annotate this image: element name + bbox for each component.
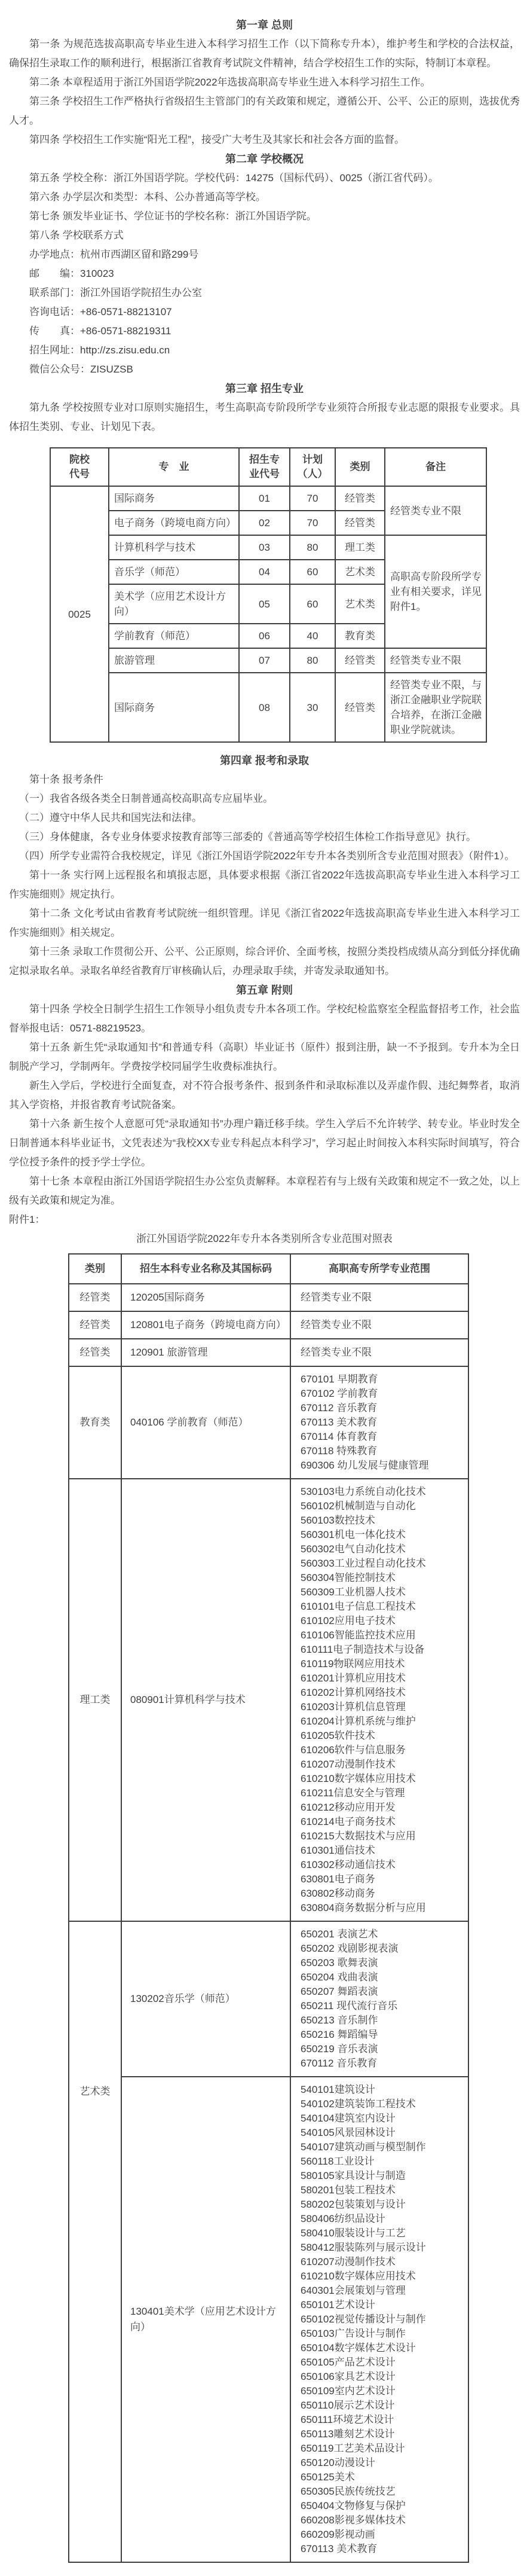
major-cell: 国际商务 (109, 673, 239, 742)
table-row: 教育类 040106 学前教育（师范） 670101 早期教育 670102 学… (69, 1366, 468, 1479)
major-code-cell: 06 (239, 624, 290, 648)
table-row: 0025 国际商务 01 70 经管类 经管类专业不限 (50, 486, 486, 511)
table-row: 经管类 120801电子商务（跨境电商方向） 经管类专业不限 (69, 1311, 468, 1339)
table-row: 旅游管理 07 80 经管类 经管类专业不限 (50, 648, 486, 673)
article-1: 第一条 为规范选拔高职高专毕业生进入本科学习招生工作（以下简称专升本），维护考生… (9, 35, 520, 73)
major-cell: 音乐学（师范） (109, 560, 239, 584)
category-cell: 理工类 (69, 1479, 121, 1921)
article-5: 第五条 学校全称：浙江外国语学院。学校代码：14275（国标代码）、0025（浙… (9, 169, 520, 188)
college-code-cell: 0025 (50, 486, 109, 742)
table-header-row: 院校 代号 专 业 招生专 业代号 计划 （人） 类别 备注 (50, 448, 486, 486)
remark-cell: 经管类专业不限，与浙江金融职业学院联合培养，在浙江金融职业学院就读。 (385, 673, 486, 742)
category-cell: 教育类 (69, 1366, 121, 1479)
category-cell: 艺术类 (335, 560, 385, 584)
category-cell: 经管类 (335, 511, 385, 535)
plan-cell: 70 (290, 486, 335, 511)
col-header-bachelor-major: 招生本科专业名称及其国标码 (121, 1254, 290, 1284)
article-16: 第十六条 新生按个人意愿可凭“录取通知书”办理户籍迁移手续。学生入学后不允许转学… (9, 1115, 520, 1172)
chapter-4-heading: 第四章 报考和录取 (9, 751, 520, 770)
article-13: 第十三条 录取工作贯彻公开、公平、公正原则，综合评价、全面考核，按照分类投档成绩… (9, 942, 520, 981)
major-code-cell: 02 (239, 511, 290, 535)
col-header-remark: 备注 (385, 448, 486, 486)
category-cell: 经管类 (335, 648, 385, 673)
admissions-charter-document: 第一章 总则 第一条 为规范选拔高职高专毕业生进入本科学习招生工作（以下简称专升… (0, 0, 530, 2576)
bachelor-major-cell: 040106 学前教育（师范） (121, 1366, 290, 1479)
article-7: 第七条 颁发毕业证书、学位证书的学校名称：浙江外国语学院。 (9, 207, 520, 226)
col-header-plan: 计划 （人） (290, 448, 335, 486)
attachment-title: 浙江外国语学院2022年专升本各类别所含专业范围对照表 (9, 1229, 520, 1249)
contact-website: 招生网址：http://zs.zisu.edu.cn (9, 341, 520, 360)
remark-cell: 经管类专业不限 (385, 648, 486, 673)
category-cell: 经管类 (335, 673, 385, 742)
major-cell: 美术学（应用艺术设计方向） (109, 584, 239, 624)
enrollment-plan-table: 院校 代号 专 业 招生专 业代号 计划 （人） 类别 备注 0025 国际商务… (50, 447, 487, 743)
article-12: 第十二条 文化考试由省教育考试院统一组织管理。详见《浙江省2022年选拔高职高专… (9, 904, 520, 942)
col-header-major-code: 招生专 业代号 (239, 448, 290, 486)
major-cell: 计算机科学与技术 (109, 535, 239, 560)
article-14: 第十四条 学校全日制学生招生工作领导小组负责专升本各项工作。学校纪检监察室全程监… (9, 1000, 520, 1038)
article-15: 第十五条 新生凭“录取通知书”和普通专科（高职）毕业证书（原件）报到注册，缺一不… (9, 1038, 520, 1076)
col-header-vocational-range: 高职高专所学专业范围 (290, 1254, 468, 1284)
bachelor-major-cell: 080901计算机科学与技术 (121, 1479, 290, 1921)
plan-cell: 70 (290, 511, 335, 535)
contact-fax: 传 真：+86-0571-88219311 (9, 322, 520, 341)
major-code-cell: 05 (239, 584, 290, 624)
article-15-supplement: 新生入学后，学校进行全面复查，对不符合报考条件、报到条件和录取标准以及弄虚作假、… (9, 1076, 520, 1115)
col-header-category: 类别 (335, 448, 385, 486)
table-row: 经管类 120901 旅游管理 经管类专业不限 (69, 1339, 468, 1366)
major-code-cell: 04 (239, 560, 290, 584)
contact-phone: 咨询电话：+86-0571-88213107 (9, 303, 520, 322)
contact-department: 联系部门：浙江外国语学院招生办公室 (9, 283, 520, 303)
chapter-3-heading: 第三章 招生专业 (9, 379, 520, 398)
vocational-range-cell: 670101 早期教育 670102 学前教育 670112 音乐教育 6701… (290, 1366, 468, 1479)
vocational-range-cell: 经管类专业不限 (290, 1284, 468, 1311)
col-header-college-code: 院校 代号 (50, 448, 109, 486)
table-row: 艺术类 130202音乐学（师范） 650201 表演艺术 650202 戏剧影… (69, 1921, 468, 2077)
plan-cell: 30 (290, 673, 335, 742)
table-header-row: 类别 招生本科专业名称及其国标码 高职高专所学专业范围 (69, 1254, 468, 1284)
article-10-item-3: （三）身体健康，各专业身体要求按教育部等三部委的《普通高等学校招生体检工作指导意… (9, 828, 520, 847)
bachelor-major-cell: 130202音乐学（师范） (121, 1921, 290, 2077)
col-header-category: 类别 (69, 1254, 121, 1284)
article-10-item-1: （一）我省各级各类全日制普通高校高职高专应届毕业。 (9, 789, 520, 808)
category-cell: 经管类 (69, 1339, 121, 1366)
article-3: 第三条 学校招生工作严格执行省级招生主管部门的有关政策和规定，遵循公开、公平、公… (9, 92, 520, 130)
plan-cell: 60 (290, 584, 335, 624)
chapter-1-heading: 第一章 总则 (9, 16, 520, 35)
vocational-range-cell: 650201 表演艺术 650202 戏剧影视表演 650203 歌舞表演 65… (290, 1921, 468, 2077)
table-row: 计算机科学与技术 03 80 理工类 高职高专阶段所学专业有相关要求，详见附件1… (50, 535, 486, 560)
remark-cell: 经管类专业不限 (385, 486, 486, 535)
remark-cell: 高职高专阶段所学专业有相关要求，详见附件1。 (385, 535, 486, 648)
article-8: 第八条 学校联系方式 (9, 226, 520, 245)
contact-wechat: 微信公众号：ZISUZSB (9, 360, 520, 379)
bachelor-major-cell: 120205国际商务 (121, 1284, 290, 1311)
category-cell: 理工类 (335, 535, 385, 560)
article-10: 第十条 报考条件 (9, 770, 520, 789)
category-label: 艺术类 (69, 1927, 121, 2099)
chapter-5-heading: 第五章 附则 (9, 981, 520, 1000)
category-cell: 艺术类 (69, 1921, 121, 2562)
plan-cell: 60 (290, 560, 335, 584)
bachelor-major-cell: 120801电子商务（跨境电商方向） (121, 1311, 290, 1339)
vocational-range-cell: 540101建筑设计 540102建筑装饰工程技术 540104建筑室内设计 5… (290, 2077, 468, 2562)
article-10-item-2: （二）遵守中华人民共和国宪法和法律。 (9, 808, 520, 828)
article-9: 第九条 学校按照专业对口原则实施招生，考生高职高专阶段所学专业须符合所报专业志愿… (9, 398, 520, 437)
plan-cell: 80 (290, 535, 335, 560)
major-code-cell: 08 (239, 673, 290, 742)
category-cell: 经管类 (69, 1311, 121, 1339)
major-code-cell: 01 (239, 486, 290, 511)
article-10-item-4: （四）所学专业需符合我校规定，详见《浙江外国语学院2022年专升本各类别所含专业… (9, 847, 520, 866)
attachment-label: 附件1： (9, 1210, 520, 1229)
major-cell: 国际商务 (109, 486, 239, 511)
category-cell: 艺术类 (335, 584, 385, 624)
vocational-range-cell: 530103电力系统自动化技术 560102机械制造与自动化 560103数控技… (290, 1479, 468, 1921)
table-row: 经管类 120205国际商务 经管类专业不限 (69, 1284, 468, 1311)
major-cell: 电子商务（跨境电商方向） (109, 511, 239, 535)
article-17: 第十七条 本章程由浙江外国语学院招生办公室负责解释。本章程若有与上级有关政策和规… (9, 1172, 520, 1210)
vocational-range-cell: 经管类专业不限 (290, 1311, 468, 1339)
article-2: 第二条 本章程适用于浙江外国语学院2022年选拔高职高专毕业生进入本科学习招生工… (9, 73, 520, 92)
article-11: 第十一条 实行网上远程报名和填报志愿，具体要求根据《浙江省2022年选拔高职高专… (9, 866, 520, 904)
category-cell: 经管类 (69, 1284, 121, 1311)
major-code-cell: 07 (239, 648, 290, 673)
contact-zip: 邮 编：310023 (9, 264, 520, 283)
major-range-comparison-table: 类别 招生本科专业名称及其国标码 高职高专所学专业范围 经管类 120205国际… (68, 1253, 469, 2563)
chapter-2-heading: 第二章 学校概况 (9, 149, 520, 169)
major-code-cell: 03 (239, 535, 290, 560)
table-row: 130401美术学（应用艺术设计方向） 540101建筑设计 540102建筑装… (69, 2077, 468, 2562)
table-row: 国际商务 08 30 经管类 经管类专业不限，与浙江金融职业学院联合培养，在浙江… (50, 673, 486, 742)
category-cell: 教育类 (335, 624, 385, 648)
plan-cell: 80 (290, 648, 335, 673)
plan-cell: 40 (290, 624, 335, 648)
contact-address: 办学地点：杭州市西湖区留和路299号 (9, 245, 520, 264)
article-4: 第四条 学校招生工作实施“阳光工程”，接受广大考生及其家长和社会各方面的监督。 (9, 130, 520, 149)
vocational-range-cell: 经管类专业不限 (290, 1339, 468, 1366)
article-6: 第六条 办学层次和类型：本科、公办普通高等学校。 (9, 188, 520, 207)
bachelor-major-cell: 120901 旅游管理 (121, 1339, 290, 1366)
bachelor-major-cell: 130401美术学（应用艺术设计方向） (121, 2077, 290, 2562)
major-cell: 旅游管理 (109, 648, 239, 673)
major-cell: 学前教育（师范） (109, 624, 239, 648)
col-header-major: 专 业 (109, 448, 239, 486)
category-cell: 经管类 (335, 486, 385, 511)
table-row: 理工类 080901计算机科学与技术 530103电力系统自动化技术 56010… (69, 1479, 468, 1921)
